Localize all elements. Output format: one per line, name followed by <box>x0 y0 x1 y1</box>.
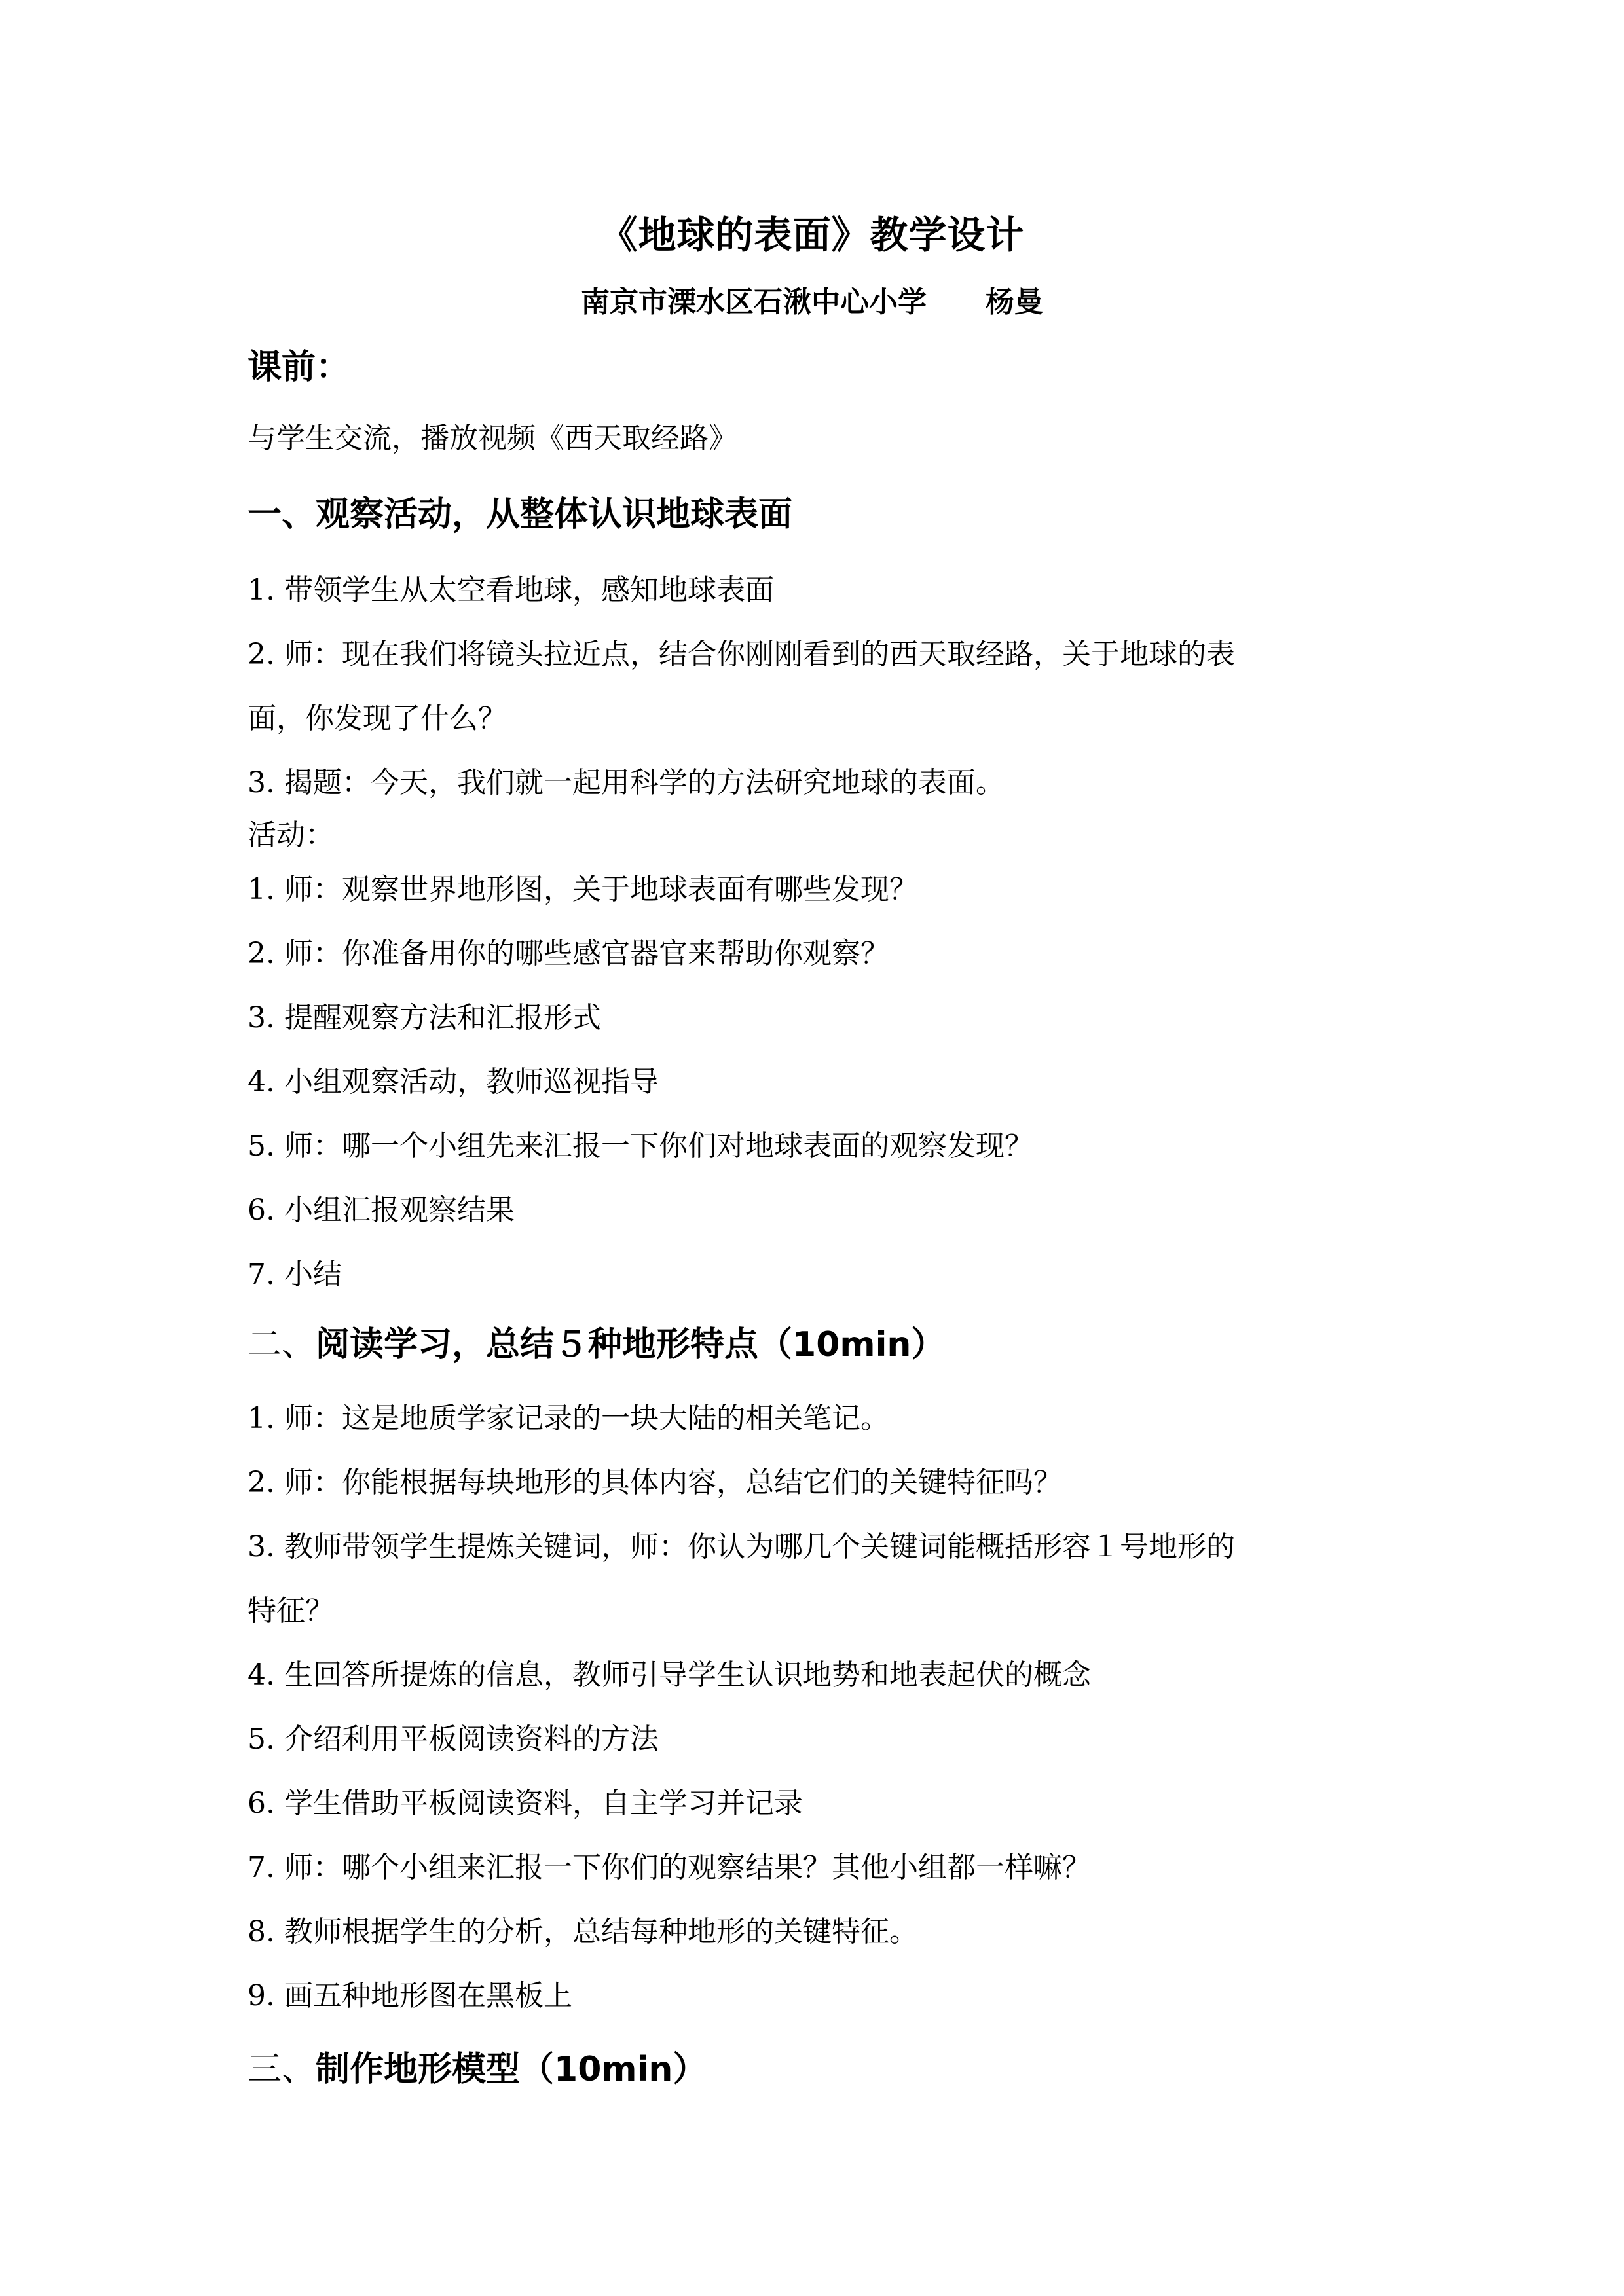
section2-heading: 二、阅读学习，总结５种地形特点（10min） <box>248 1328 945 1362</box>
section2-heading-number: 二、 <box>248 1325 316 1364</box>
section2-item: 7. 师：哪个小组来汇报一下你们的观察结果？其他小组都一样嘛？ <box>248 1853 1091 1882</box>
section2-heading-text: 阅读学习，总结５种地形特点（10min） <box>316 1325 945 1364</box>
author-line: 南京市溧水区石湫中心小学杨曼 <box>0 288 1624 317</box>
activity-item: 1. 师：观察世界地形图，关于地球表面有哪些发现？ <box>248 875 918 904</box>
author-school: 南京市溧水区石湫中心小学 <box>581 285 927 319</box>
section3-heading: 三、制作地形模型（10min） <box>248 2052 707 2086</box>
pre-class-text: 与学生交流，播放视频《西天取经路》 <box>248 424 737 453</box>
activity-item: 2. 师：你准备用你的哪些感官器官来帮助你观察？ <box>248 939 889 968</box>
section2-item: 4. 生回答所提炼的信息，教师引导学生认识地势和地表起伏的概念 <box>248 1661 1091 1690</box>
section2-item: 9. 画五种地形图在黑板上 <box>248 1982 572 2011</box>
pre-class-heading: 课前： <box>248 350 350 384</box>
section2-item: 6. 学生借助平板阅读资料，自主学习并记录 <box>248 1789 803 1818</box>
section1-item-continued: 面，你发现了什么？ <box>248 704 507 733</box>
section3-heading-text: 制作地形模型（10min） <box>316 2050 707 2089</box>
section1-item: 2. 师：现在我们将镜头拉近点，结合你刚刚看到的西天取经路，关于地球的表 <box>248 640 1235 669</box>
document-title: 《地球的表面》教学设计 <box>0 216 1624 254</box>
section3-heading-number: 三、 <box>248 2050 316 2089</box>
section1-item: 1. 带领学生从太空看地球，感知地球表面 <box>248 576 774 605</box>
section2-item-continued: 特征？ <box>248 1597 334 1626</box>
activity-label: 活动： <box>248 821 334 850</box>
activity-item: 4. 小组观察活动，教师巡视指导 <box>248 1068 659 1097</box>
section2-item: 3. 教师带领学生提炼关键词，师：你认为哪几个关键词能概括形容１号地形的 <box>248 1533 1235 1561</box>
section2-item: 5. 介绍利用平板阅读资料的方法 <box>248 1725 659 1754</box>
activity-item: 5. 师：哪一个小组先来汇报一下你们对地球表面的观察发现？ <box>248 1132 1033 1161</box>
author-name: 杨曼 <box>986 285 1043 319</box>
section2-item: 2. 师：你能根据每块地形的具体内容，总结它们的关键特征吗？ <box>248 1468 1062 1497</box>
section1-heading: 一、观察活动，从整体认识地球表面 <box>248 498 792 532</box>
document-page: 《地球的表面》教学设计 南京市溧水区石湫中心小学杨曼 课前： 与学生交流，播放视… <box>0 0 1624 2296</box>
activity-item: 3. 提醒观察方法和汇报形式 <box>248 1004 601 1032</box>
activity-item: 6. 小组汇报观察结果 <box>248 1196 515 1225</box>
section1-item: 3. 揭题：今天，我们就一起用科学的方法研究地球的表面。 <box>248 769 1005 797</box>
activity-item: 7. 小结 <box>248 1260 342 1289</box>
section2-item: 1. 师：这是地质学家记录的一块大陆的相关笔记。 <box>248 1404 889 1433</box>
section2-item: 8. 教师根据学生的分析，总结每种地形的关键特征。 <box>248 1918 918 1946</box>
